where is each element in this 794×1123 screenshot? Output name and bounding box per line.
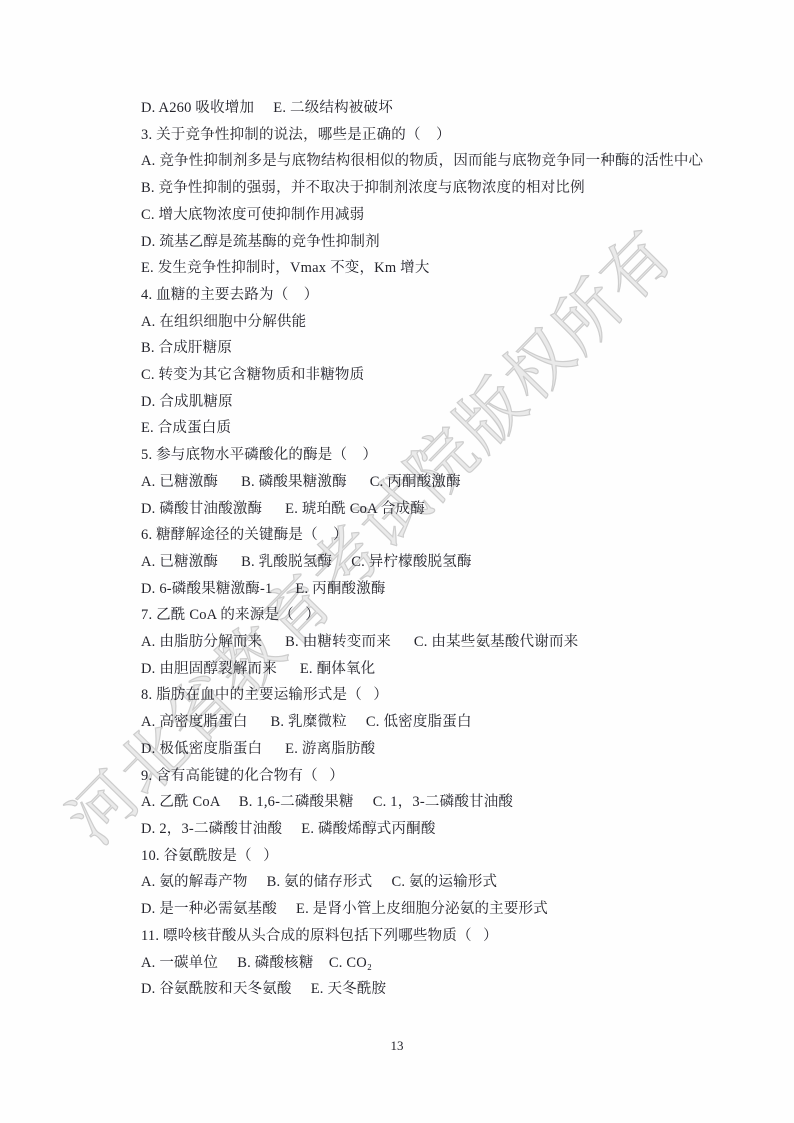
text-line: 10. 谷氨酰胺是（ ） <box>141 843 721 870</box>
text-line: 8. 脂肪在血中的主要运输形式是（ ） <box>141 682 721 709</box>
text-line: D. 巯基乙醇是巯基酶的竞争性抑制剂 <box>141 229 721 256</box>
text-line: A. 氨的解毒产物 B. 氨的储存形式 C. 氨的运输形式 <box>141 869 721 896</box>
text-line: A. 一碳单位 B. 磷酸核糖 C. CO₂ <box>141 950 721 977</box>
text-line: D. 合成肌糖原 <box>141 389 721 416</box>
exam-document-page: 河北省教育考试院版权所有 D. A260 吸收增加 E. 二级结构被破坏 3. … <box>0 0 794 1123</box>
text-line: 4. 血糖的主要去路为（ ） <box>141 282 721 309</box>
text-line: D. 2，3-二磷酸甘油酸 E. 磷酸烯醇式丙酮酸 <box>141 816 721 843</box>
text-line: A. 已糖激酶 B. 磷酸果糖激酶 C. 丙酮酸激酶 <box>141 469 721 496</box>
text-line: D. 谷氨酰胺和天冬氨酸 E. 天冬酰胺 <box>141 976 721 1003</box>
text-line: A. 由脂肪分解而来 B. 由糖转变而来 C. 由某些氨基酸代谢而来 <box>141 629 721 656</box>
text-line: A. 乙酰 CoA B. 1,6-二磷酸果糖 C. 1，3-二磷酸甘油酸 <box>141 789 721 816</box>
text-line: B. 合成肝糖原 <box>141 335 721 362</box>
page-number: 13 <box>0 1038 794 1054</box>
text-line: A. 在组织细胞中分解供能 <box>141 309 721 336</box>
text-line: 11. 嘌呤核苷酸从头合成的原料包括下列哪些物质（ ） <box>141 923 721 950</box>
text-line: A. 已糖激酶 B. 乳酸脱氢酶 C. 异柠檬酸脱氢酶 <box>141 549 721 576</box>
text-line: D. A260 吸收增加 E. 二级结构被破坏 <box>141 95 721 122</box>
text-line: C. 转变为其它含糖物质和非糖物质 <box>141 362 721 389</box>
text-line: B. 竞争性抑制的强弱，并不取决于抑制剂浓度与底物浓度的相对比例 <box>141 175 721 202</box>
text-line: C. 增大底物浓度可使抑制作用减弱 <box>141 202 721 229</box>
text-line: 5. 参与底物水平磷酸化的酶是（ ） <box>141 442 721 469</box>
text-line: D. 由胆固醇裂解而来 E. 酮体氧化 <box>141 656 721 683</box>
text-line: E. 合成蛋白质 <box>141 415 721 442</box>
text-line: D. 是一种必需氨基酸 E. 是肾小管上皮细胞分泌氨的主要形式 <box>141 896 721 923</box>
text-line: D. 磷酸甘油酸激酶 E. 琥珀酰 CoA 合成酶 <box>141 496 721 523</box>
text-line: A. 高密度脂蛋白 B. 乳糜微粒 C. 低密度脂蛋白 <box>141 709 721 736</box>
text-line: 6. 糖酵解途径的关键酶是（ ） <box>141 522 721 549</box>
document-content: D. A260 吸收增加 E. 二级结构被破坏 3. 关于竞争性抑制的说法，哪些… <box>141 95 721 1003</box>
text-line: D. 极低密度脂蛋白 E. 游离脂肪酸 <box>141 736 721 763</box>
text-line: E. 发生竞争性抑制时，Vmax 不变，Km 增大 <box>141 255 721 282</box>
text-line: 3. 关于竞争性抑制的说法，哪些是正确的（ ） <box>141 122 721 149</box>
text-line: 7. 乙酰 CoA 的来源是（ ） <box>141 602 721 629</box>
text-line: 9. 含有高能键的化合物有（ ） <box>141 763 721 790</box>
text-line: A. 竞争性抑制剂多是与底物结构很相似的物质，因而能与底物竞争同一种酶的活性中心 <box>141 148 721 175</box>
text-line: D. 6-磷酸果糖激酶-1 E. 丙酮酸激酶 <box>141 576 721 603</box>
